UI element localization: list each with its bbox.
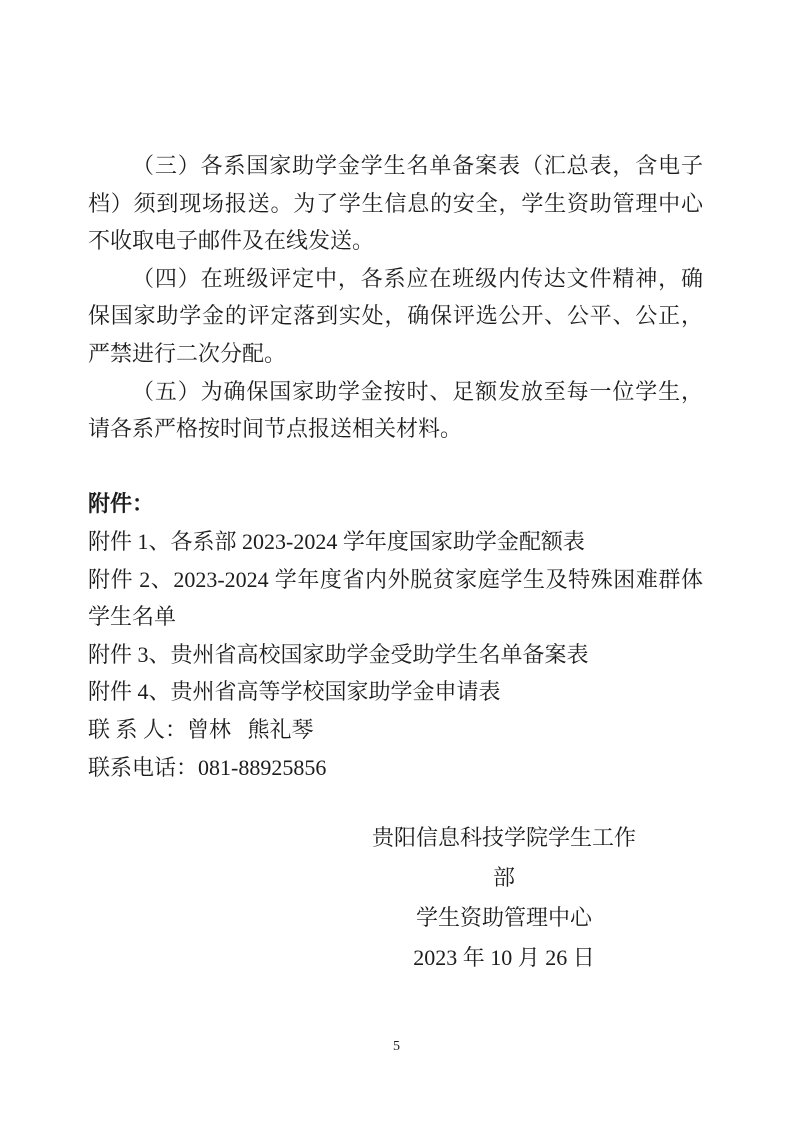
attachment-item-1: 附件 1、各系部 2023-2024 学年度国家助学金配额表 [88, 523, 703, 561]
document-page: （三）各系国家助学金学生名单备案表（汇总表，含电子档）须到现场报送。为了学生信息… [0, 0, 793, 1122]
attachment-item-2: 附件 2、2023-2024 学年度省内外脱贫家庭学生及特殊困难群体学生名单 [88, 561, 703, 636]
signature-block: 贵阳信息科技学院学生工作部 学生资助管理中心 2023 年 10 月 26 日 [362, 818, 646, 978]
body-paragraph-4: （四）在班级评定中，各系应在班级内传达文件精神，确保国家助学金的评定落到实处，确… [88, 260, 703, 373]
signature-org-line2: 学生资助管理中心 [362, 898, 646, 938]
body-paragraph-5: （五）为确保国家助学金按时、足额发放至每一位学生，请各系严格按时间节点报送相关材… [88, 373, 703, 448]
signature-org-line1: 贵阳信息科技学院学生工作部 [362, 818, 646, 898]
page-number: 5 [0, 1037, 793, 1057]
signature-date: 2023 年 10 月 26 日 [362, 938, 646, 978]
attachments-heading: 附件： [88, 485, 703, 523]
body-text: （三）各系国家助学金学生名单备案表（汇总表，含电子档）须到现场报送。为了学生信息… [88, 147, 703, 978]
attachment-item-3: 附件 3、贵州省高校国家助学金受助学生名单备案表 [88, 636, 703, 674]
attachment-item-4: 附件 4、贵州省高等学校国家助学金申请表 [88, 673, 703, 711]
contact-phone-line: 联系电话：081-88925856 [88, 749, 703, 787]
blank-line [88, 448, 703, 486]
body-paragraph-3: （三）各系国家助学金学生名单备案表（汇总表，含电子档）须到现场报送。为了学生信息… [88, 147, 703, 260]
contact-person-line: 联 系 人：曾林 熊礼琴 [88, 711, 703, 749]
